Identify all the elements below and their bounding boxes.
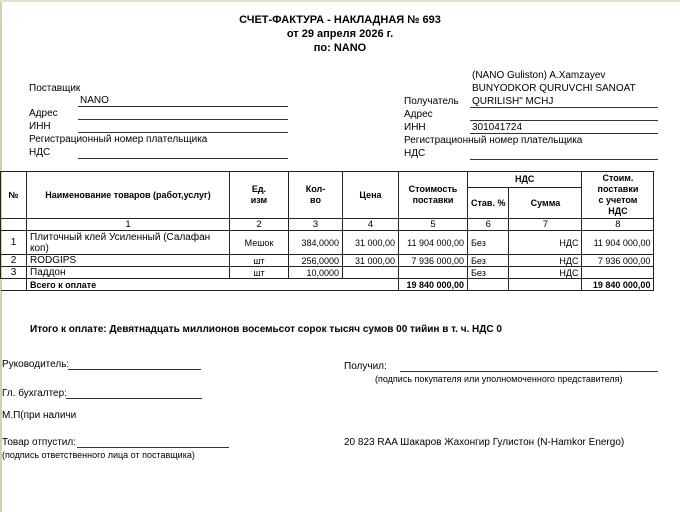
row-name: Плиточный клей Усиленный (Салафан коп) — [27, 231, 230, 255]
document-by: по: NANO — [0, 42, 680, 54]
row-price: 31 000,00 — [343, 231, 399, 255]
supplier-vat-field — [78, 158, 288, 159]
col-number: 7 — [509, 219, 582, 231]
total-amount: 19 840 000,00 — [582, 279, 654, 291]
row-cost: 11 904 000,00 — [399, 231, 468, 255]
row-qty: 10,0000 — [289, 267, 343, 279]
document-date: от 29 апреля 2026 г. — [0, 28, 680, 40]
row-price — [343, 267, 399, 279]
supplier-reg-label: Регистрационный номер плательщика — [29, 134, 207, 145]
recipient-name-line2: BUNYODKOR QURUVCHI SANOAT — [472, 83, 636, 94]
header-cost: Стоимостьпоставки — [399, 172, 468, 219]
row-name: Паддон — [27, 267, 230, 279]
row-total: 7 936 000,00 — [582, 255, 654, 267]
supplier-address-field — [78, 119, 288, 120]
document-title: СЧЕТ-ФАКТУРА - НАКЛАДНАЯ № 693 — [0, 14, 680, 26]
recipient-label: Получатель — [404, 96, 459, 107]
supplier-vat-label: НДС — [29, 147, 50, 158]
row-unit: шт — [230, 267, 289, 279]
table-row: 2 RODGIPS шт 256,0000 31 000,00 7 936 00… — [1, 255, 654, 267]
stamp-label: М.П(при наличи — [2, 410, 76, 421]
recipient-inn-value: 301041724 — [472, 122, 522, 133]
row-vat-sum: НДС — [509, 231, 582, 255]
supplier-inn-label: ИНН — [29, 121, 51, 132]
header-price: Цена — [343, 172, 399, 219]
header-name: Наименование товаров (работ,услуг) — [27, 172, 230, 219]
col-number: 4 — [343, 219, 399, 231]
row-qty: 384,0000 — [289, 231, 343, 255]
col-number-blank — [1, 219, 27, 231]
director-label: Руководитель: — [2, 359, 69, 370]
supplier-inn-field — [78, 132, 288, 133]
row-vat-rate: Без — [468, 267, 509, 279]
total-in-words: Итого к оплате: Девятнадцать миллионов в… — [30, 324, 502, 335]
released-note: (подпись ответственного лица от поставщи… — [2, 450, 195, 460]
col-number: 1 — [27, 219, 230, 231]
col-number: 6 — [468, 219, 509, 231]
col-number: 5 — [399, 219, 468, 231]
total-vat-rate — [468, 279, 509, 291]
recipient-inn-field — [470, 133, 658, 134]
table-row: 1 Плиточный клей Усиленный (Салафан коп)… — [1, 231, 654, 255]
page-top-edge — [0, 0, 680, 2]
header-vat-rate: Став. % — [468, 188, 509, 219]
header-vat-sum: Сумма — [509, 188, 582, 219]
supplier-address-label: Адрес — [29, 108, 58, 119]
total-label: Всего к оплате — [27, 279, 399, 291]
driver-info: 20 823 RAA Шакаров Жахонгир Гулистон (N-… — [344, 437, 624, 448]
released-signature-line — [77, 447, 229, 448]
table-row: 3 Паддон шт 10,0000 Без НДС — [1, 267, 654, 279]
recipient-vat-label: НДС — [404, 148, 425, 159]
row-price: 31 000,00 — [343, 255, 399, 267]
received-note: (подпись покупателя или уполномоченного … — [375, 374, 623, 384]
row-vat-rate: Без — [468, 255, 509, 267]
row-vat-rate: Без — [468, 231, 509, 255]
header-qty: Кол-во — [289, 172, 343, 219]
row-cost — [399, 267, 468, 279]
row-vat-sum: НДС — [509, 255, 582, 267]
recipient-vat-field — [470, 159, 658, 160]
header-no: № — [1, 172, 27, 219]
header-unit: Ед.изм — [230, 172, 289, 219]
total-vat-sum — [509, 279, 582, 291]
recipient-reg-label: Регистрационный номер плательщика — [404, 135, 582, 146]
row-no: 1 — [1, 231, 27, 255]
row-cost: 7 936 000,00 — [399, 255, 468, 267]
supplier-label: Поставщик — [29, 83, 80, 94]
header-total: Стоим.поставкис учетомНДС — [582, 172, 654, 219]
table-header-row: № Наименование товаров (работ,услуг) Ед.… — [1, 172, 654, 188]
accountant-label: Гл. бухгалтер: — [2, 388, 67, 399]
row-total: 11 904 000,00 — [582, 231, 654, 255]
table-total-row: Всего к оплате 19 840 000,00 19 840 000,… — [1, 279, 654, 291]
row-no: 3 — [1, 267, 27, 279]
row-vat-sum: НДС — [509, 267, 582, 279]
recipient-name-line — [470, 107, 658, 108]
row-unit: Мешок — [230, 231, 289, 255]
accountant-signature-line — [66, 398, 202, 399]
row-name: RODGIPS — [27, 255, 230, 267]
row-unit: шт — [230, 255, 289, 267]
recipient-address-field — [470, 120, 658, 121]
row-total — [582, 267, 654, 279]
supplier-name: NANO — [80, 95, 109, 106]
recipient-name-line3: QURILISH" MCHJ — [472, 96, 553, 107]
received-signature-line — [400, 371, 658, 372]
col-number: 8 — [582, 219, 654, 231]
total-blank — [1, 279, 27, 291]
row-qty: 256,0000 — [289, 255, 343, 267]
invoice-table: № Наименование товаров (работ,услуг) Ед.… — [0, 171, 654, 291]
recipient-name-line1: (NANO Guliston) A.Xamzayev — [472, 70, 605, 81]
col-number: 2 — [230, 219, 289, 231]
director-signature-line — [68, 369, 201, 370]
total-cost: 19 840 000,00 — [399, 279, 468, 291]
column-numbers-row: 1 2 3 4 5 6 7 8 — [1, 219, 654, 231]
row-no: 2 — [1, 255, 27, 267]
recipient-inn-label: ИНН — [404, 122, 426, 133]
header-vat: НДС — [468, 172, 582, 188]
released-label: Товар отпустил: — [2, 437, 76, 448]
recipient-address-label: Адрес — [404, 109, 433, 120]
supplier-name-line — [78, 106, 288, 107]
col-number: 3 — [289, 219, 343, 231]
received-label: Получил: — [344, 361, 387, 372]
